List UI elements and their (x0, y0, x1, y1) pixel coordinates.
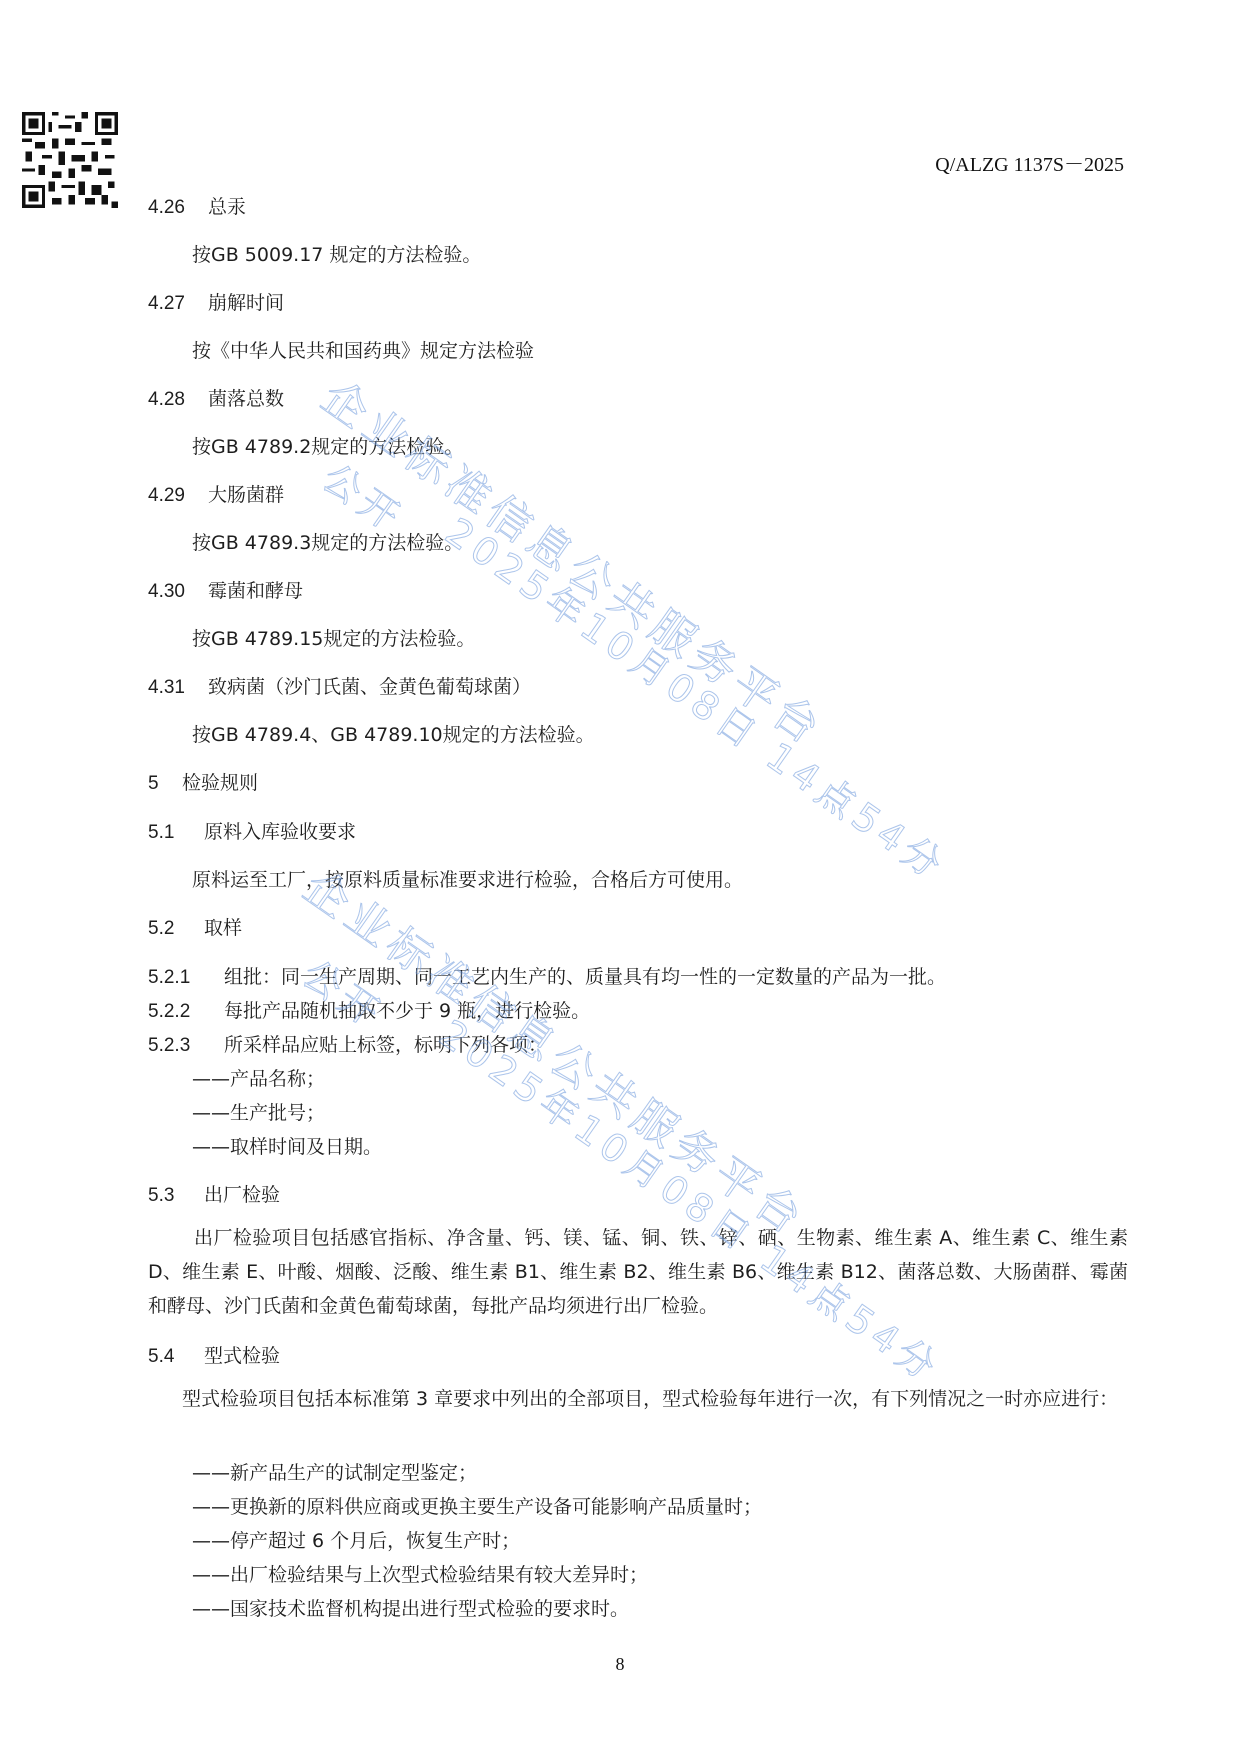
document-code: Q/ALZG 1137S－2025 (935, 148, 1124, 177)
section-heading-4-31: 4.31致病菌（沙门氏菌、金黄色葡萄球菌） (148, 672, 531, 699)
condition-item: ——停产超过 6 个月后，恢复生产时； (192, 1526, 520, 1553)
condition-item: ——新产品生产的试制定型鉴定； (192, 1458, 477, 1485)
label-item: ——取样时间及日期。 (192, 1132, 382, 1159)
condition-item: ——国家技术监督机构提出进行型式检验的要求时。 (192, 1594, 629, 1621)
section-heading-5-3: 5.3出厂检验 (148, 1180, 280, 1207)
page-number: 8 (0, 1654, 1240, 1675)
clause-5-2-2: 5.2.2每批产品随机抽取不少于 9 瓶，进行检验。 (148, 996, 590, 1023)
section-body-5-1: 原料运至工厂，按原料质量标准要求进行检验，合格后方可使用。 (192, 865, 743, 892)
section-heading-4-29: 4.29大肠菌群 (148, 480, 284, 507)
watermark-timestamp: 2025年10月08日 14点54分 (430, 1004, 953, 1393)
section-heading-5-2: 5.2取样 (148, 913, 242, 940)
section-heading-4-28: 4.28菌落总数 (148, 384, 284, 411)
section-body-4-28: 按GB 4789.2规定的方法检验。 (192, 432, 463, 459)
section-body-4-29: 按GB 4789.3规定的方法检验。 (192, 528, 463, 555)
condition-item: ——出厂检验结果与上次型式检验结果有较大差异时； (192, 1560, 648, 1587)
section-heading-5-1: 5.1原料入库验收要求 (148, 817, 356, 844)
section-body-4-31: 按GB 4789.4、GB 4789.10规定的方法检验。 (192, 720, 595, 747)
label-item: ——产品名称； (192, 1064, 325, 1091)
section-body-4-27: 按《中华人民共和国药典》规定方法检验 (192, 336, 534, 363)
watermark-public: 公开 (293, 944, 397, 1040)
section-heading-5-4: 5.4型式检验 (148, 1341, 280, 1368)
clause-5-2-1: 5.2.1组批：同一生产周期、同一工艺内生产的、质量具有均一性的一定数量的产品为… (148, 962, 946, 989)
section-heading-4-30: 4.30霉菌和酵母 (148, 576, 303, 603)
section-body-5-4: 型式检验项目包括本标准第 3 章要求中列出的全部项目，型式检验每年进行一次，有下… (148, 1382, 1128, 1416)
condition-item: ——更换新的原料供应商或更换主要生产设备可能影响产品质量时； (192, 1492, 762, 1519)
label-item: ——生产批号； (192, 1098, 325, 1125)
section-body-5-3: 出厂检验项目包括感官指标、净含量、钙、镁、锰、铜、铁、锌、硒、生物素、维生素 A… (148, 1221, 1128, 1323)
section-body-4-30: 按GB 4789.15规定的方法检验。 (192, 624, 475, 651)
chapter-heading-5: 5检验规则 (148, 768, 258, 795)
qr-code-icon (22, 112, 118, 208)
clause-5-2-3: 5.2.3所采样品应贴上标签，标明下列各项： (148, 1030, 547, 1057)
section-heading-4-26: 4.26总汞 (148, 192, 246, 219)
section-heading-4-27: 4.27崩解时间 (148, 288, 284, 315)
section-body-4-26: 按GB 5009.17 规定的方法检验。 (192, 240, 481, 267)
watermark-platform: 企业标准信息公共服务平台 (311, 362, 839, 759)
